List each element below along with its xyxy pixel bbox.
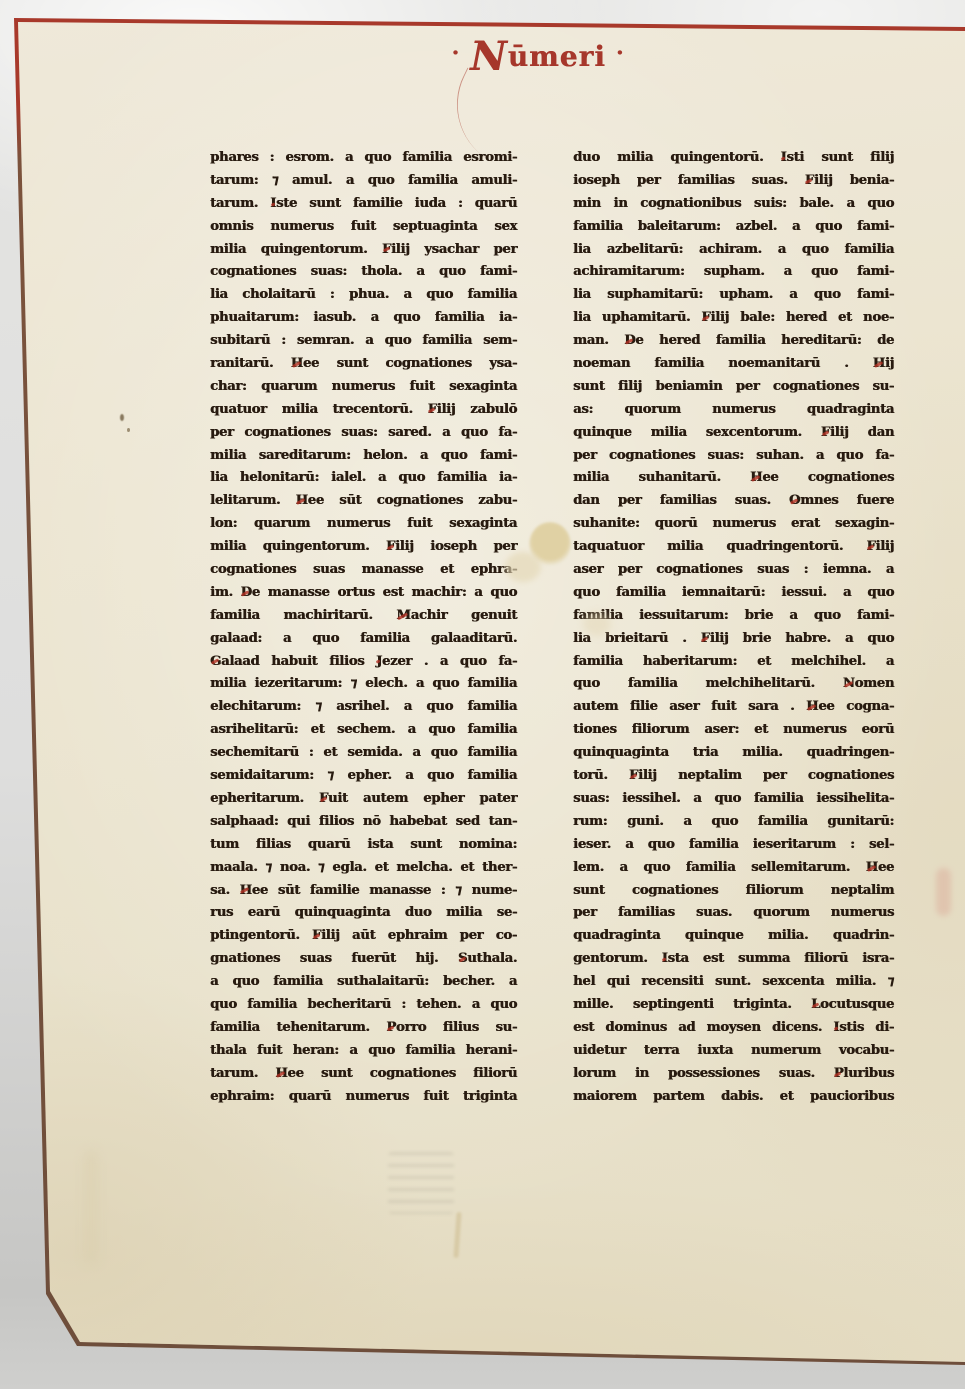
text-line: quadraginta quinque milia. quadrin- [573,925,894,948]
text-line: mille. septingenti triginta. Locutusque [573,994,894,1017]
text-line: sunt cognationes filiorum neptalim [573,880,894,903]
text-line: ptingentorū. Filij aūt ephraim per co- [210,925,517,948]
text-line: rum: guni. a quo familia gunitarū: [573,811,894,834]
showthrough-marks [388,1152,454,1214]
text-line: quinquaginta tria milia. quadringen- [573,742,894,765]
red-offset-smudge [936,868,951,916]
text-line: im. De manasse ortus est machir: a quo [210,582,517,605]
text-line: suhanite: quorū numerus erat sexagin- [573,513,894,536]
text-line: semidaitarum: ⁊ epher. a quo familia [210,765,517,788]
text-line: salphaad: qui filios nō habebat sed tan- [210,811,517,834]
text-line: per familias suas. quorum numerus [573,902,894,925]
text-line: familia machiritarū. Machir genuit [210,605,517,628]
text-line: lelitarum. Hee sūt cognationes zabu- [210,490,517,513]
text-line: char: quarum numerus fuit sexaginta [210,376,517,399]
text-line: tarum: ⁊ amul. a quo familia amuli- [210,170,517,193]
text-line: ephraim: quarū numerus fuit triginta [210,1086,517,1109]
text-line: tarum. Hee sunt cognationes filiorū [210,1063,517,1086]
text-line: tiones filiorum aser: et numerus eorū [573,719,894,742]
scan-photo: { "header": { "ornament_left": "·", "tit… [0,0,965,1389]
text-line: gnationes suas fuerūt hij. Suthala. [210,948,517,971]
text-line: aser per cognationes suas : iemna. a [573,559,894,582]
text-line: phuaitarum: iasub. a quo familia ia- [210,307,517,330]
text-line: gentorum. Ista est summa filiorū isra- [573,948,894,971]
ornament-dot-left: · [441,40,470,66]
column-left: phares : esrom. a quo familia esromi-tar… [210,147,517,1108]
text-line: lia helonitarū: ialel. a quo familia ia- [210,467,517,490]
text-line: tum filias quarū ista sunt nomina: [210,834,517,857]
text-line: galaad: a quo familia galaaditarū. [210,628,517,651]
text-line: ieser. a quo familia ieseritarum : sel- [573,834,894,857]
text-line: lia azbelitarū: achiram. a quo familia [573,239,894,262]
text-line: quo familia iemnaitarū: iessui. a quo [573,582,894,605]
text-line: man. De hered familia hereditarū: de [573,330,894,353]
text-line: lon: quarum numerus fuit sexaginta [210,513,517,536]
text-line: suas: iessihel. a quo familia iessihelit… [573,788,894,811]
margin-streak [84,1150,98,1265]
running-title-text: ūmeri [508,40,606,73]
text-line: tarum. Iste sunt familie iuda : quarū [210,193,517,216]
ink-speck [120,414,124,421]
text-line: duo milia quingentorū. Isti sunt filij [573,147,894,170]
text-line: Galaad habuit filios Jezer . a quo fa- [210,651,517,674]
text-line: quo familia becheritarū : tehen. a quo [210,994,517,1017]
text-line: rus earū quinquaginta duo milia se- [210,902,517,925]
text-line: lorum in possessiones suas. Pluribus [573,1063,894,1086]
text-line: quinque milia sexcentorum. Filij dan [573,422,894,445]
edge-spot [0,520,26,554]
text-line: a quo familia suthalaitarū: becher. a [210,971,517,994]
text-line: sunt filij beniamin per cognationes su- [573,376,894,399]
text-line: lia brieitarū . Filij brie habre. a quo [573,628,894,651]
text-line: milia iezeritarum: ⁊ elech. a quo famili… [210,673,517,696]
text-line: milia quingentorum. Filij ysachar per [210,239,517,262]
text-line: familia haberitarum: et melchihel. a [573,651,894,674]
text-line: sa. Hee sūt familie manasse : ⁊ nume- [210,880,517,903]
text-line: cognationes suas manasse et ephra- [210,559,517,582]
ornament-dot-right: · [606,40,635,66]
text-line: familia baleitarum: azbel. a quo fami- [573,216,894,239]
gutter-stain-faint2 [583,612,611,636]
text-line: lia cholaitarū : phua. a quo familia [210,284,517,307]
text-line: subitarū : semran. a quo familia sem- [210,330,517,353]
text-line: per cognationes suas: sared. a quo fa- [210,422,517,445]
text-line: min in cognationibus suis: bale. a quo [573,193,894,216]
text-line: lem. a quo familia sellemitarum. Hee [573,857,894,880]
text-line: lia uphamitarū. Filij bale: hered et noe… [573,307,894,330]
text-line: familia iessuitarum: brie a quo fami- [573,605,894,628]
text-line: autem filie aser fuit sara . Hee cogna- [573,696,894,719]
column-right: duo milia quingentorū. Isti sunt filijio… [573,147,894,1108]
text-line: quatuor milia trecentorū. Filij zabulō [210,399,517,422]
text-line: lia suphamitarū: upham. a quo fami- [573,284,894,307]
text-line: torū. Filij neptalim per cognationes [573,765,894,788]
text-line: est dominus ad moysen dicens. Istis di- [573,1017,894,1040]
text-line: maala. ⁊ noa. ⁊ egla. et melcha. et ther… [210,857,517,880]
text-line: cognationes suas: thola. a quo fami- [210,261,517,284]
text-line: asrihelitarū: et sechem. a quo familia [210,719,517,742]
text-line: thala fuit heran: a quo familia herani- [210,1040,517,1063]
text-line: noeman familia noemanitarū . Hij [573,353,894,376]
text-line: as: quorum numerus quadraginta [573,399,894,422]
text-line: omnis numerus fuit septuaginta sex [210,216,517,239]
text-line: milia sareditarum: helon. a quo fami- [210,445,517,468]
vellum-leaf: ·Nūmeri· phares : esrom. a quo familia e… [0,0,965,1389]
text-line: dan per familias suas. Omnes fuere [573,490,894,513]
text-line: quo familia melchihelitarū. Nomen [573,673,894,696]
gutter-stain-faint [505,552,541,582]
text-line: epheritarum. Fuit autem epher pater [210,788,517,811]
text-line: ranitarū. Hee sunt cognationes ysa- [210,353,517,376]
text-line: milia suhanitarū. Hee cognationes [573,467,894,490]
text-line: milia quingentorum. Filij ioseph per [210,536,517,559]
text-line: elechitarum: ⁊ asrihel. a quo familia [210,696,517,719]
text-line: hel qui recensiti sunt. sexcenta milia. … [573,971,894,994]
text-line: familia tehenitarum. Porro filius su- [210,1017,517,1040]
text-line: achiramitarum: supham. a quo fami- [573,261,894,284]
text-line: maiorem partem dabis. et paucioribus [573,1086,894,1109]
ink-speck [127,428,130,432]
margin-streak [453,1212,461,1258]
text-line: sechemitarū : et semida. a quo familia [210,742,517,765]
text-line: phares : esrom. a quo familia esromi- [210,147,517,170]
text-line: taquatuor milia quadringentorū. Filij [573,536,894,559]
text-line: per cognationes suas: suhan. a quo fa- [573,445,894,468]
text-line: ioseph per familias suas. Filij benia- [573,170,894,193]
text-line: uidetur terra iuxta numerum vocabu- [573,1040,894,1063]
